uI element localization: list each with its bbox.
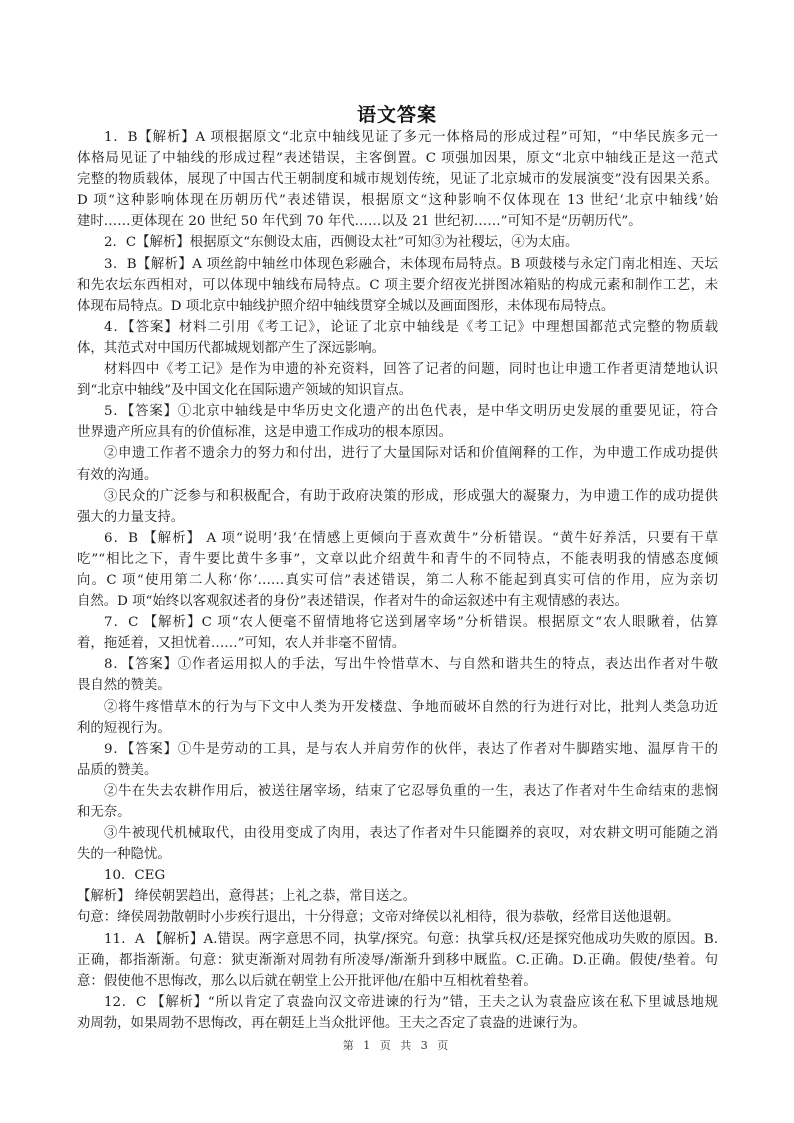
- text-line: 强大的力量支持。: [77, 507, 718, 528]
- text-line: 有效的沟通。: [77, 465, 718, 486]
- text-line: 2．C【解析】根据原文“东侧设太庙，西侧设太社”可知③为社稷坛，④为太庙。: [77, 232, 718, 253]
- text-line: 失的一种隐忧。: [77, 844, 718, 865]
- text-line: 意：假使他不思悔改，那么以后就在朝堂上公开批评他/在船中互相枕着垫着。: [77, 971, 718, 992]
- text-line: 句意：绛侯周勃散朝时小步疾行退出，十分得意；文帝对绛侯以礼相待，很为恭敬，经常目…: [77, 907, 718, 928]
- text-line: 利的短视行为。: [77, 718, 718, 739]
- text-line: D 项“这种影响体现在历朝历代”表述错误，根据原文“这种影响不仅体现在 13 世…: [77, 190, 718, 211]
- text-line: 3．B【解析】A 项丝韵中轴丝巾体现色彩融合，未体现布局特点。B 项鼓楼与永定门…: [77, 254, 718, 275]
- text-line: 5．【答案】①北京中轴线是中华历史文化遗产的出色代表，是中华文明历史发展的重要见…: [77, 401, 718, 422]
- text-line: ②申遗工作者不遗余力的努力和付出，进行了大量国际对话和价值阐释的工作，为申遗工作…: [77, 443, 718, 464]
- text-line: 品质的赞美。: [77, 760, 718, 781]
- text-line: 11．A 【解析】A.错误。两字意思不同，执掌/探究。句意：执掌兵权/还是探究他…: [77, 929, 718, 950]
- text-line: 自然。D 项“始终以客观叙述者的身份”表述错误，作者对牛的命运叙述中有主观情感的…: [77, 591, 718, 612]
- text-line: ②将牛疼惜草木的行为与下文中人类为开发楼盘、争地而破坏自然的行为进行对比，批判人…: [77, 697, 718, 718]
- text-line: 6．B 【解析】 A 项“说明‘我’在情感上更倾向于喜欢黄牛”分析错误。“黄牛好…: [77, 528, 718, 549]
- text-line: 体格局见证了中轴线的形成过程”表述错误，主客倒置。C 项强加因果，原文“北京中轴…: [77, 148, 718, 169]
- text-line: 4．【答案】材料二引用《考工记》，论证了北京中轴线是《考工记》中理想国都范式完整…: [77, 317, 718, 338]
- document-title: 语文答案: [0, 100, 794, 127]
- text-line: 7．C 【解析】C 项“农人便毫不留情地将它送到屠宰场”分析错误。根据原文“农人…: [77, 612, 718, 633]
- text-line: 1．B【解析】A 项根据原文“北京中轴线见证了多元一体格局的形成过程”可知，“中…: [77, 127, 718, 148]
- text-line: 12．C 【解析】“所以肯定了袁盎向汉文帝进谏的行为”错，王夫之认为袁盎应该在私…: [77, 992, 718, 1013]
- text-line: 到“北京中轴线”及中国文化在国际遗产领域的知识盲点。: [77, 380, 718, 401]
- text-line: 劝周勃，如果周勃不思悔改，再在朝廷上当众批评他。王夫之否定了袁盎的进谏行为。: [77, 1013, 718, 1034]
- text-line: 完整的物质载体，展现了中国古代王朝制度和城市规划传统，见证了北京城市的发展演变”…: [77, 169, 718, 190]
- text-line: 9．【答案】①牛是劳动的工具，是与农人并肩劳作的伙伴，表达了作者对牛脚踏实地、温…: [77, 739, 718, 760]
- text-line: 建时……更体现在 20 世纪 50 年代到 70 年代……以及 21 世纪初………: [77, 211, 718, 232]
- text-line: 和无奈。: [77, 802, 718, 823]
- text-line: 正确，都指渐渐。句意：狱吏渐渐对周勃有所凌辱/渐渐升到移中厩监。C.正确。D.正…: [77, 950, 718, 971]
- text-line: 吃”“相比之下，青牛要比黄牛多事”，文章以此介绍黄牛和青牛的不同特点，不能表明我…: [77, 549, 718, 570]
- text-line: 体现布局特点。D 项北京中轴线护照介绍中轴线贯穿全城以及画面图形，未体现布局特点…: [77, 296, 718, 317]
- text-line: ③民众的广泛参与和积极配合，有助于政府决策的形成，形成强大的凝聚力，为申遗工作的…: [77, 486, 718, 507]
- text-line: 8．【答案】①作者运用拟人的手法，写出牛怜惜草木、与自然和谐共生的特点，表达出作…: [77, 654, 718, 675]
- text-line: 畏自然的赞美。: [77, 675, 718, 696]
- page-footer: 第 1 页 共 3 页: [0, 1037, 794, 1053]
- text-line: 世界遗产所应具有的价值标准，这是申遗工作成功的根本原因。: [77, 422, 718, 443]
- text-line: ③牛被现代机械取代，由役用变成了肉用，表达了作者对牛只能圈养的哀叹，对农耕文明可…: [77, 823, 718, 844]
- text-line: 材料四中《考工记》是作为申遗的补充资料，回答了记者的问题，同时也让申遗工作者更清…: [77, 359, 718, 380]
- text-line: 10．CEG: [77, 865, 718, 886]
- text-line: 着，拖延着，又担忧着……”可知，农人并非毫不留情。: [77, 633, 718, 654]
- text-line: 【解析】 绛侯朝罢趋出，意得甚；上礼之恭，常目送之。: [77, 886, 718, 907]
- text-line: 体，其范式对中国历代都城规划都产生了深远影响。: [77, 338, 718, 359]
- text-line: 和先农坛东西相对，可以体现中轴线布局特点。C 项主要介绍夜光拼图冰箱贴的构成元素…: [77, 275, 718, 296]
- text-line: ②牛在失去农耕作用后，被送往屠宰场，结束了它忍辱负重的一生，表达了作者对牛生命结…: [77, 781, 718, 802]
- text-line: 向。C 项“使用第二人称‘你’……真实可信”表述错误，第二人称不能起到真实可信的…: [77, 570, 718, 591]
- answer-body: 1．B【解析】A 项根据原文“北京中轴线见证了多元一体格局的形成过程”可知，“中…: [77, 127, 718, 1034]
